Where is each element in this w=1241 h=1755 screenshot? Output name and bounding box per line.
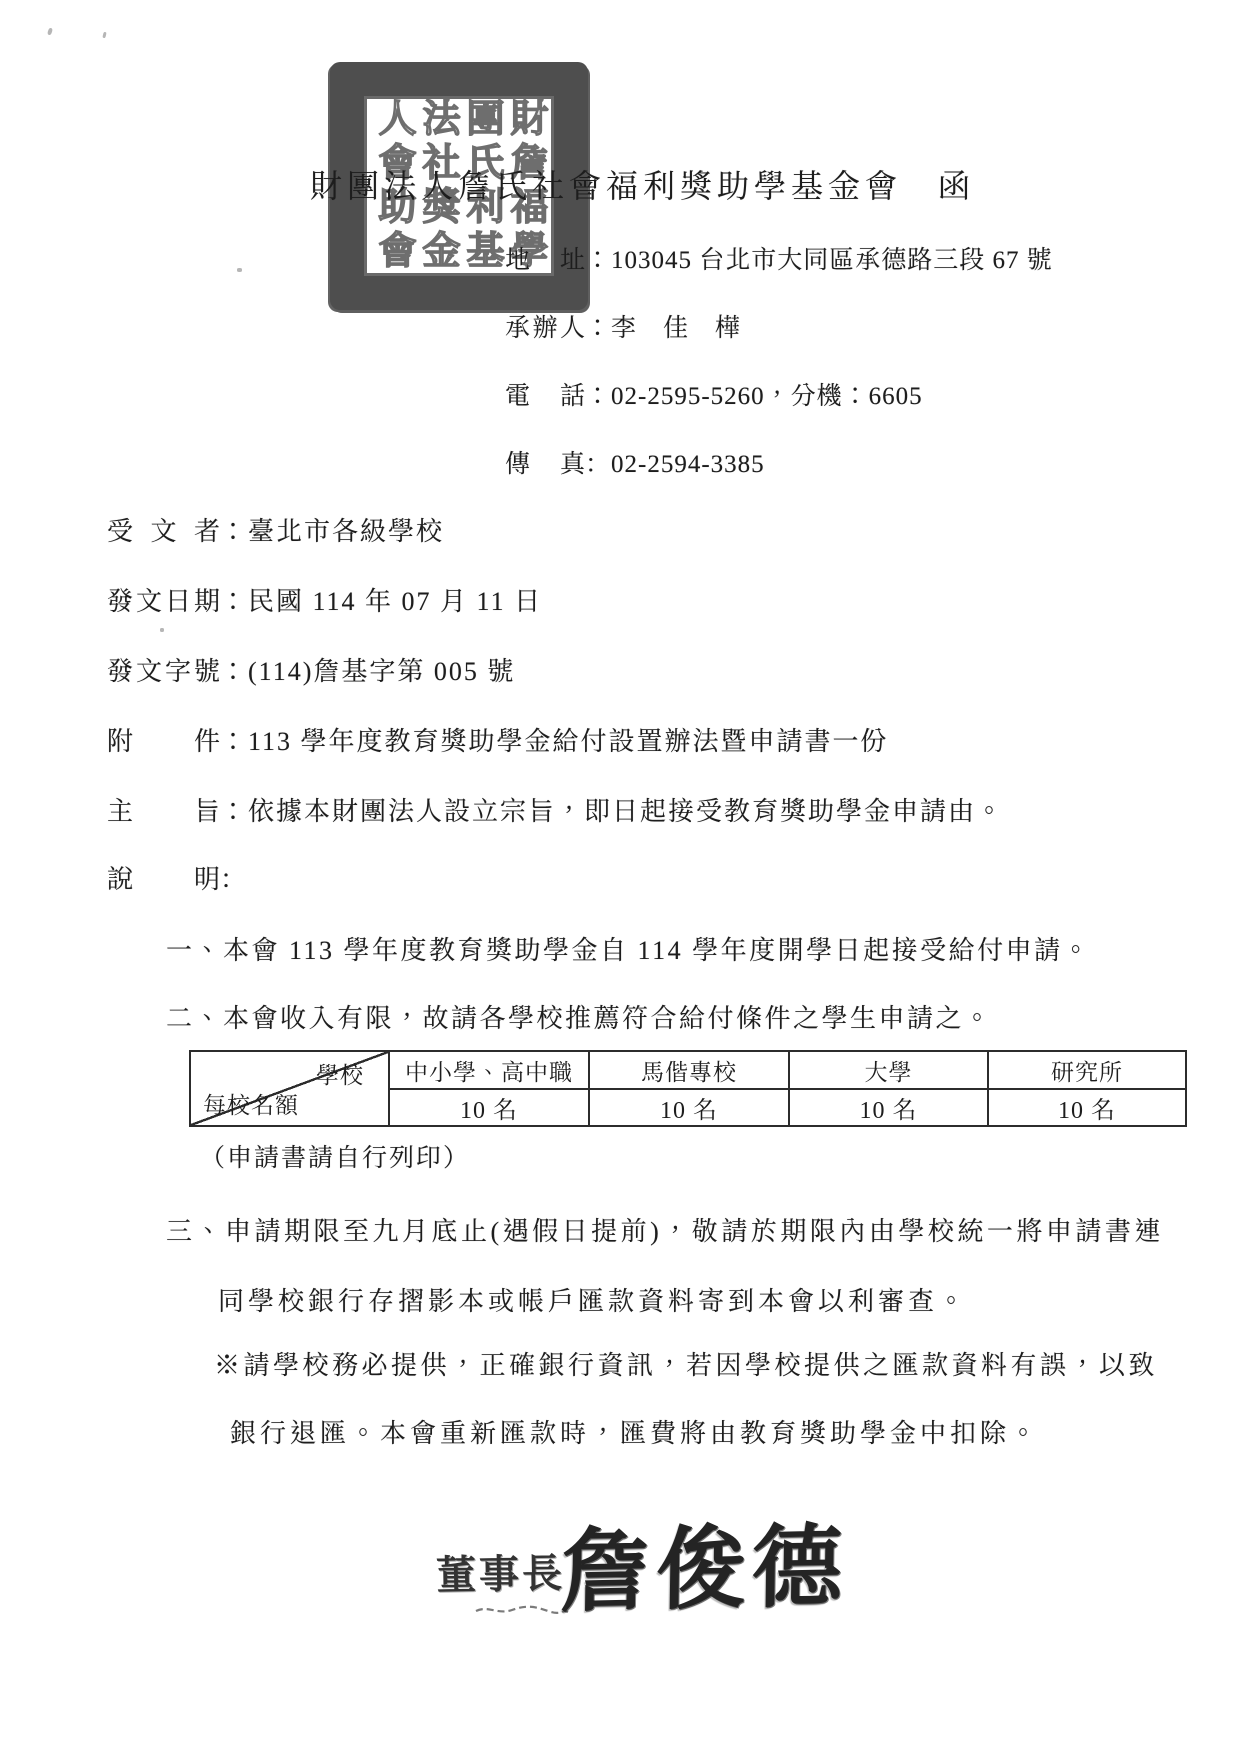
subject-value: ：依據本財團法人設立宗旨，即日起接受教育獎助學金申請由。 <box>220 797 1004 826</box>
foundation-name: 財團法人詹氏社會福利獎助學基金會 <box>310 168 902 204</box>
quota-col-header: 大學 <box>789 1051 988 1089</box>
quota-table: 學校 每校名額 中小學、高中職 馬偕專校 大學 研究所 10 名 10 名 10… <box>189 1050 1187 1127</box>
reference-number-value: ：(114)詹基字第 005 號 <box>220 657 515 686</box>
scan-speck <box>160 628 164 632</box>
quota-corner-school-label: 學校 <box>316 1057 364 1090</box>
subject-line: 主旨：依據本財團法人設立宗旨，即日起接受教育獎助學金申請由。 <box>107 797 1004 828</box>
quota-value: 10 名 <box>389 1089 589 1126</box>
issue-date-label: 發文日期 <box>107 587 220 618</box>
explanation-label: 說明 <box>107 865 220 896</box>
quota-value: 10 名 <box>589 1089 789 1126</box>
quota-col-header: 研究所 <box>988 1051 1186 1089</box>
explanation-line: 說明： <box>107 865 248 896</box>
explanation-item-1: 一、本會 113 學年度教育獎助學金自 114 學年度開學日起接受給付申請。 <box>166 936 1091 967</box>
attachment-line: 附件：113 學年度教育獎助學金給付設置辦法暨申請書一份 <box>107 727 889 758</box>
reference-number-label: 發文字號 <box>107 657 220 688</box>
attachment-label: 附件 <box>107 727 220 758</box>
address-value: ：103045 台北市大同區承德路三段 67 號 <box>585 247 1053 274</box>
quota-corner-quota-label: 每校名額 <box>203 1087 299 1120</box>
quota-col-header: 馬偕專校 <box>589 1051 789 1089</box>
quota-value: 10 名 <box>988 1089 1186 1126</box>
phone-label: 電話 <box>505 382 585 412</box>
warning-note-line-1: ※請學校務必提供，正確銀行資訊，若因學校提供之匯款資料有誤，以致 <box>214 1351 1158 1382</box>
quota-col-header: 中小學、高中職 <box>389 1051 589 1089</box>
issue-date-line: 發文日期：民國 114 年 07 月 11 日 <box>107 587 542 618</box>
print-note: （申請書請自行列印） <box>200 1144 470 1174</box>
contact-person-label: 承辦人 <box>505 314 585 344</box>
fax-label: 傳真 <box>505 450 585 480</box>
recipient-value: ：臺北市各級學校 <box>220 517 444 546</box>
document-title: 財團法人詹氏社會福利獎助學基金會函 <box>310 168 975 206</box>
recipient-label: 受文者 <box>107 517 220 548</box>
recipient-line: 受文者：臺北市各級學校 <box>107 517 444 548</box>
scan-speck <box>237 268 242 272</box>
explanation-value: ： <box>220 865 248 894</box>
explanation-item-3-line-1: 三、申請期限至九月底止(遇假日提前)，敬請於期限內由學校統一將申請書連 <box>166 1217 1164 1248</box>
seal-column: 財團法人 <box>371 98 547 142</box>
contact-person-value: ：李 佳 樺 <box>585 315 741 342</box>
attachment-value: ：113 學年度教育獎助學金給付設置辦法暨申請書一份 <box>220 727 889 756</box>
chairman-title: 董事長 <box>436 1550 566 1599</box>
fax-line: 傳真：02-2594-3385 <box>505 450 765 480</box>
reference-number-line: 發文字號：(114)詹基字第 005 號 <box>107 657 515 688</box>
explanation-item-2: 二、本會收入有限，故請各學校推薦符合給付條件之學生申請之。 <box>166 1004 993 1035</box>
address-label: 地址 <box>505 246 585 276</box>
subject-label: 主旨 <box>107 797 220 828</box>
scanned-letter-page: 財團法人 詹氏社會 福利獎助 學基金會 財團法人詹氏社會福利獎助學基金會函 地址… <box>0 0 1241 1755</box>
scan-speck <box>47 28 53 36</box>
contact-person-line: 承辦人：李 佳 樺 <box>505 314 741 344</box>
phone-line: 電話：02-2595-5260，分機：6605 <box>505 382 923 412</box>
quota-value: 10 名 <box>789 1089 988 1126</box>
signature-scribble <box>474 1602 570 1618</box>
document-type-label: 函 <box>938 168 975 204</box>
phone-value: ：02-2595-5260，分機：6605 <box>585 383 923 410</box>
address-line: 地址：103045 台北市大同區承德路三段 67 號 <box>505 246 1053 276</box>
issue-date-value: ：民國 114 年 07 月 11 日 <box>220 587 542 616</box>
fax-value: ：02-2594-3385 <box>585 451 765 478</box>
chairman-signature: 詹俊德 <box>559 1515 849 1627</box>
explanation-item-3-line-2: 同學校銀行存摺影本或帳戶匯款資料寄到本會以利審查。 <box>218 1287 968 1318</box>
quota-table-corner-cell: 學校 每校名額 <box>190 1051 389 1126</box>
warning-note-line-2: 銀行退匯。本會重新匯款時，匯費將由教育獎助學金中扣除。 <box>230 1419 1040 1450</box>
scan-speck <box>102 32 106 39</box>
